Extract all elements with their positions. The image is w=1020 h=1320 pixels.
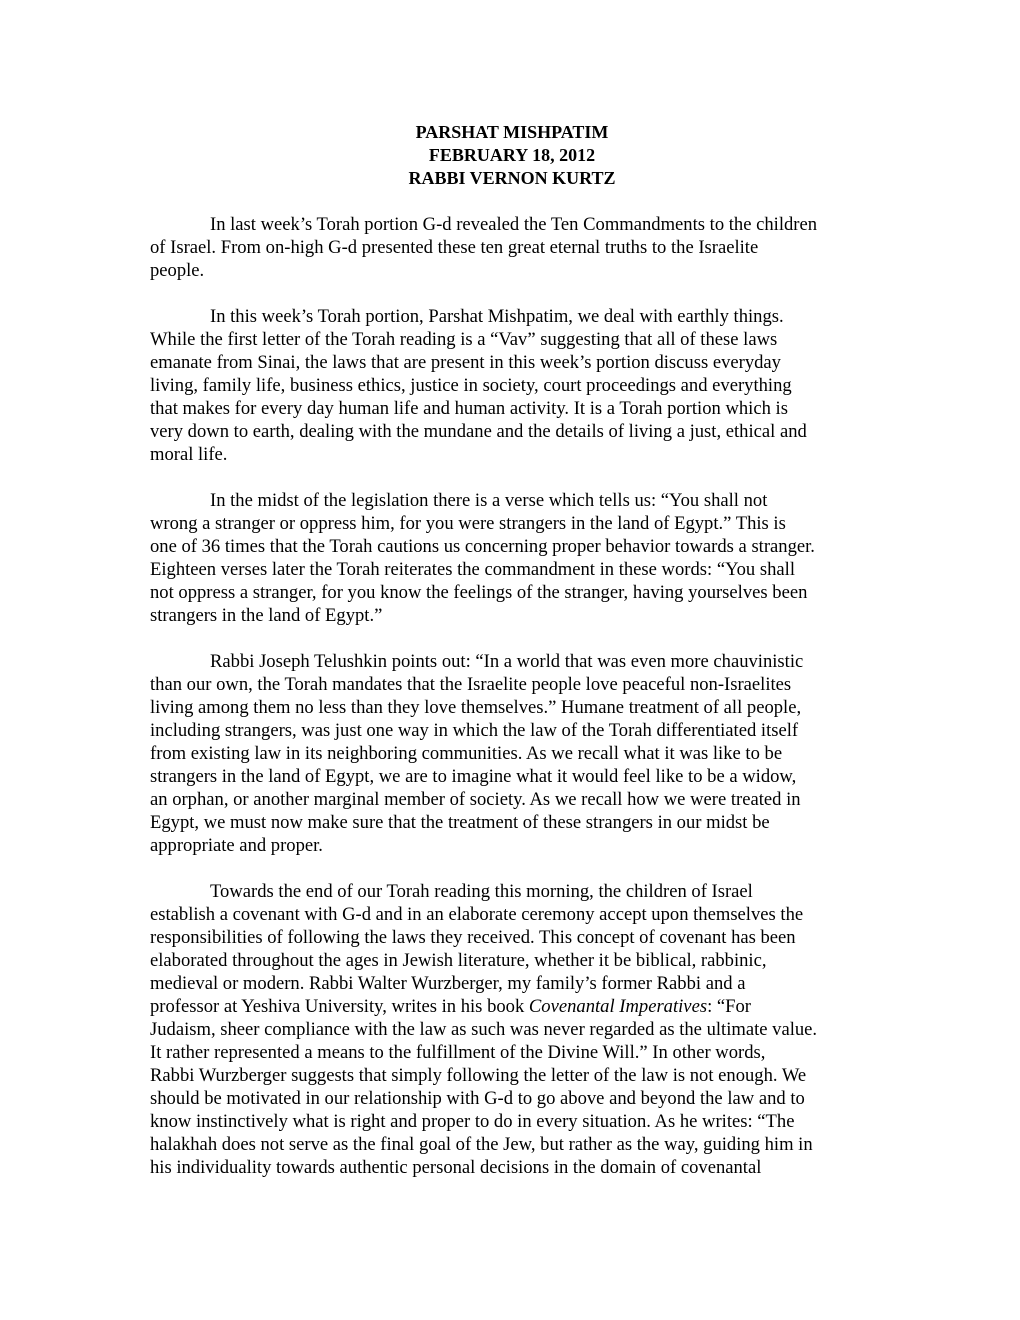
- document-body: In last week’s Torah portion G-d reveale…: [150, 213, 880, 1202]
- text-line: In this week’s Torah portion, Parshat Mi…: [150, 305, 880, 328]
- text-line: living, family life, business ethics, ju…: [150, 374, 880, 397]
- paragraph-1: In last week’s Torah portion G-d reveale…: [150, 213, 880, 282]
- paragraph-3: In the midst of the legislation there is…: [150, 489, 880, 627]
- text-line: his individuality towards authentic pers…: [150, 1156, 880, 1179]
- text-line: people.: [150, 259, 880, 282]
- text-line: Judaism, sheer compliance with the law a…: [150, 1018, 880, 1041]
- text-line: including strangers, was just one way in…: [150, 719, 880, 742]
- sermon-title: PARSHAT MISHPATIM: [0, 121, 1020, 144]
- text-line: Rabbi Joseph Telushkin points out: “In a…: [150, 650, 880, 673]
- text-line: appropriate and proper.: [150, 834, 880, 857]
- text-line: strangers in the land of Egypt.”: [150, 604, 880, 627]
- paragraph-2: In this week’s Torah portion, Parshat Mi…: [150, 305, 880, 466]
- paragraph-4: Rabbi Joseph Telushkin points out: “In a…: [150, 650, 880, 857]
- text-line: moral life.: [150, 443, 880, 466]
- text-line: than our own, the Torah mandates that th…: [150, 673, 880, 696]
- text-line: not oppress a stranger, for you know the…: [150, 581, 880, 604]
- text-line: While the first letter of the Torah read…: [150, 328, 880, 351]
- text-line: medieval or modern. Rabbi Walter Wurzber…: [150, 972, 880, 995]
- text-line: professor at Yeshiva University, writes …: [150, 995, 880, 1018]
- paragraph-5: Towards the end of our Torah reading thi…: [150, 880, 880, 1179]
- text-segment: : “For: [707, 996, 751, 1017]
- text-line: elaborated throughout the ages in Jewish…: [150, 949, 880, 972]
- text-line: living among them no less than they love…: [150, 696, 880, 719]
- text-line: Eighteen verses later the Torah reiterat…: [150, 558, 880, 581]
- text-line: emanate from Sinai, the laws that are pr…: [150, 351, 880, 374]
- text-line: an orphan, or another marginal member of…: [150, 788, 880, 811]
- text-line: establish a covenant with G-d and in an …: [150, 903, 880, 926]
- book-title: Covenantal Imperatives: [529, 996, 707, 1017]
- text-line: It rather represented a means to the ful…: [150, 1041, 880, 1064]
- sermon-author: RABBI VERNON KURTZ: [0, 167, 1020, 190]
- text-line: In last week’s Torah portion G-d reveale…: [150, 213, 880, 236]
- text-line: know instinctively what is right and pro…: [150, 1110, 880, 1133]
- text-line: Towards the end of our Torah reading thi…: [150, 880, 880, 903]
- text-line: strangers in the land of Egypt, we are t…: [150, 765, 880, 788]
- text-line: very down to earth, dealing with the mun…: [150, 420, 880, 443]
- sermon-date: FEBRUARY 18, 2012: [0, 144, 1020, 167]
- text-line: Egypt, we must now make sure that the tr…: [150, 811, 880, 834]
- text-line: In the midst of the legislation there is…: [150, 489, 880, 512]
- text-line: from existing law in its neighboring com…: [150, 742, 880, 765]
- text-line: that makes for every day human life and …: [150, 397, 880, 420]
- text-line: of Israel. From on-high G-d presented th…: [150, 236, 880, 259]
- text-line: wrong a stranger or oppress him, for you…: [150, 512, 880, 535]
- text-line: Rabbi Wurzberger suggests that simply fo…: [150, 1064, 880, 1087]
- text-line: one of 36 times that the Torah cautions …: [150, 535, 880, 558]
- document-header: PARSHAT MISHPATIM FEBRUARY 18, 2012 RABB…: [0, 121, 1020, 190]
- text-line: responsibilities of following the laws t…: [150, 926, 880, 949]
- document-page: PARSHAT MISHPATIM FEBRUARY 18, 2012 RABB…: [0, 0, 1020, 1320]
- text-line: should be motivated in our relationship …: [150, 1087, 880, 1110]
- text-line: halakhah does not serve as the final goa…: [150, 1133, 880, 1156]
- text-segment: professor at Yeshiva University, writes …: [150, 996, 529, 1017]
